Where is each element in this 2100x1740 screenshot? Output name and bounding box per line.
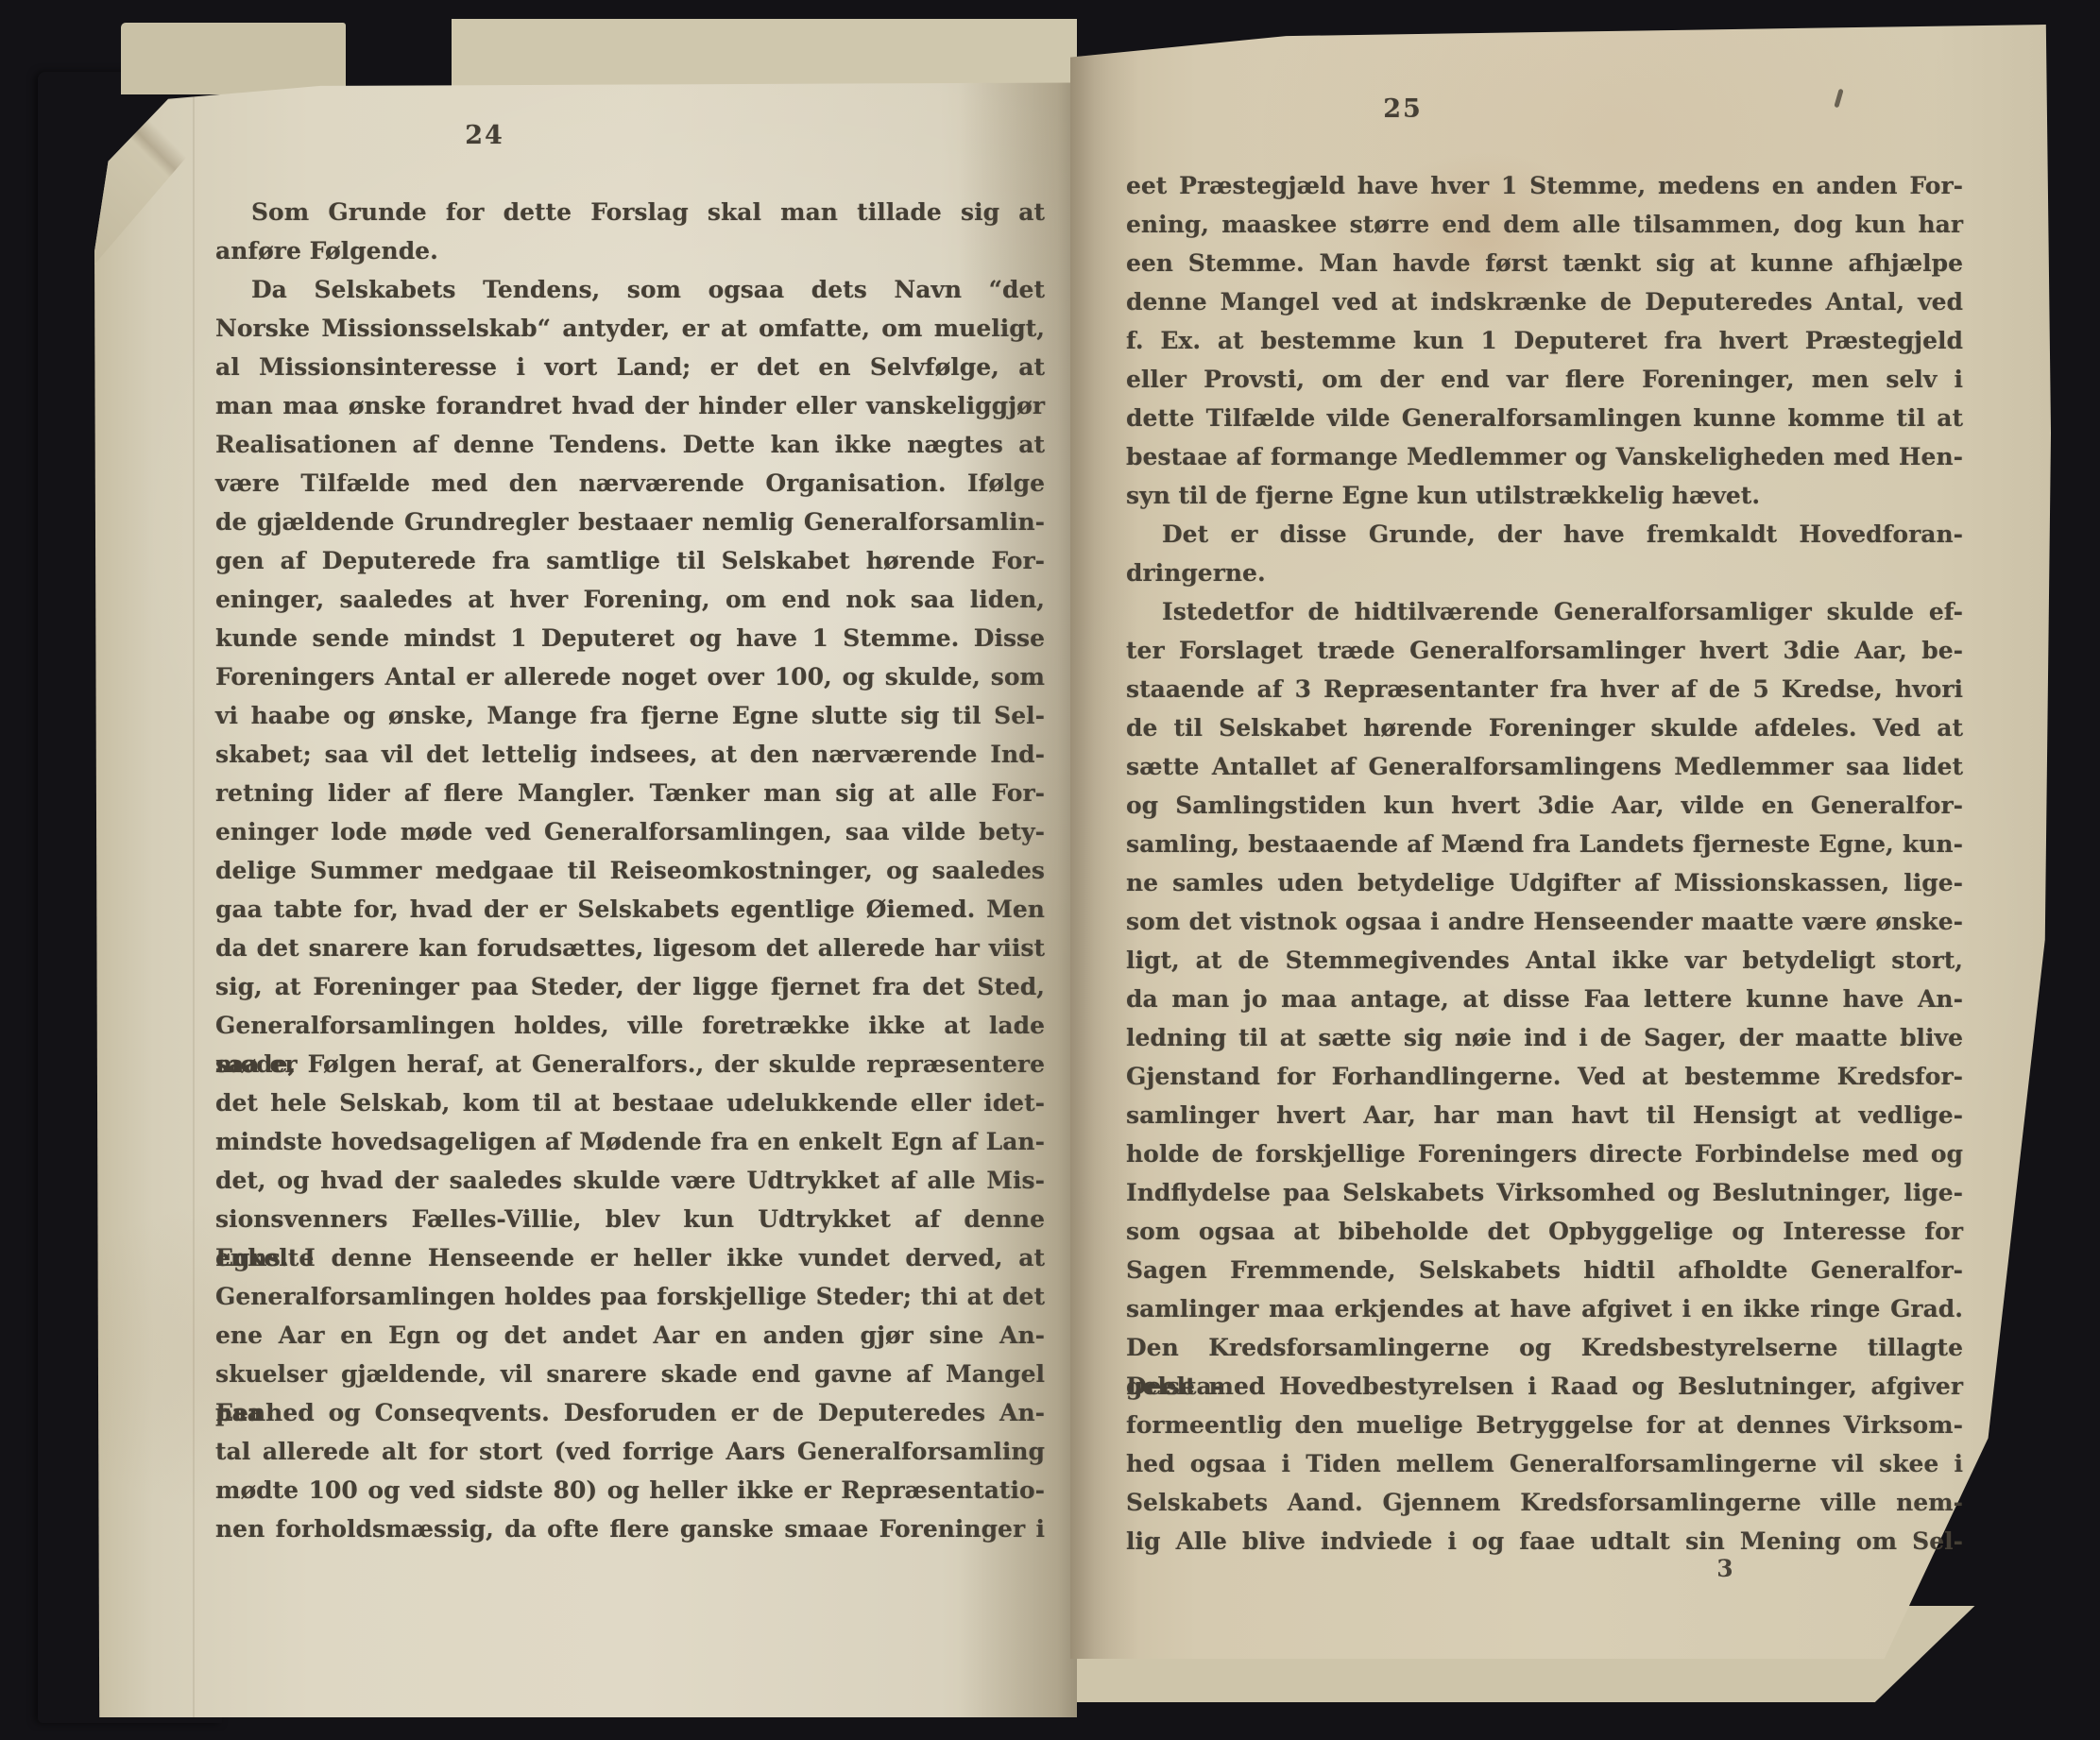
book-photo-scene: 24 25 Som Grunde for dette Forslag skal … (0, 0, 2100, 1740)
text-line: da man jo maa antage, at disse Faa lette… (1126, 980, 1963, 1018)
text-line: Generalforsamlingen holdes paa forskjell… (215, 1277, 1045, 1316)
text-line: tal allerede alt for stort (ved forrige … (215, 1432, 1045, 1471)
text-line: bestaae af formange Medlemmer og Vanskel… (1126, 437, 1963, 476)
page-number-24: 24 (452, 121, 518, 150)
text-line: de til Selskabet hørende Foreninger skul… (1126, 708, 1963, 747)
text-line: og Samlingstiden kun hvert 3die Aar, vil… (1126, 786, 1963, 825)
text-line: ledning til at sætte sig nøie ind i de S… (1126, 1018, 1963, 1057)
text-line: kunde sende mindst 1 Deputeret og have 1… (215, 619, 1045, 657)
upper-leaf-edge (121, 23, 346, 94)
text-line: ligt, at de Stemmegivendes Antal ikke va… (1126, 941, 1963, 980)
text-line: Eenhed og Conseqvents. Desforuden er de … (215, 1393, 1045, 1432)
text-line: Egns. I denne Henseende er heller ikke v… (215, 1238, 1045, 1277)
text-line: Den Kredsforsamlingerne og Kredsbestyrel… (1126, 1328, 1963, 1367)
text-line: mødte 100 og ved sidste 80) og heller ik… (215, 1471, 1045, 1510)
text-line: Selskabets Aand. Gjennem Kredsforsamling… (1126, 1483, 1963, 1522)
text-line: ne samles uden betydelige Udgifter af Mi… (1126, 863, 1963, 902)
text-line: een Stemme. Man havde først tænkt sig at… (1126, 244, 1963, 282)
page-25-text-column: eet Præstegjæld have hver 1 Stemme, mede… (1126, 166, 1963, 1561)
text-line: man maa ønske forandret hvad der hinder … (215, 386, 1045, 425)
text-line: skuelser gjældende, vil snarere skade en… (215, 1355, 1045, 1393)
text-line: sætte Antallet af Generalforsamlingens M… (1126, 747, 1963, 786)
text-line: Da Selskabets Tendens, som ogsaa dets Na… (215, 270, 1045, 309)
text-line: dette Tilfælde vilde Generalforsamlingen… (1126, 399, 1963, 437)
text-line: ening, maaskee større end dem alle tilsa… (1126, 205, 1963, 244)
text-line: Realisationen af denne Tendens. Dette ka… (215, 425, 1045, 464)
text-line: formeentlig den muelige Betryggelse for … (1126, 1406, 1963, 1444)
page-24-text-column: Som Grunde for dette Forslag skal man ti… (215, 193, 1045, 1548)
text-line: holde de forskjellige Foreningers direct… (1126, 1134, 1963, 1173)
text-line: sig, at Foreninger paa Steder, der ligge… (215, 967, 1045, 1006)
text-line: Istedetfor de hidtilværende Generalforsa… (1126, 592, 1963, 631)
text-line: samlinger maa erkjendes at have afgivet … (1126, 1289, 1963, 1328)
text-line: hed ogsaa i Tiden mellem Generalforsamli… (1126, 1444, 1963, 1483)
text-line: f. Ex. at bestemme kun 1 Deputeret fra h… (1126, 321, 1963, 360)
text-line: denne Mangel ved at indskrænke de Depute… (1126, 282, 1963, 321)
text-line: mindste hovedsageligen af Mødende fra en… (215, 1122, 1045, 1161)
signature-mark: 3 (1706, 1555, 1744, 1582)
text-line: ter Forslaget træde Generalforsamlinger … (1126, 631, 1963, 670)
text-line: gaa tabte for, hvad der er Selskabets eg… (215, 890, 1045, 929)
text-line: Foreningers Antal er allerede noget over… (215, 657, 1045, 696)
text-line: eninger lode møde ved Generalforsamlinge… (215, 812, 1045, 851)
text-line: Gjenstand for Forhandlingerne. Ved at be… (1126, 1057, 1963, 1096)
text-line: retning lider af flere Mangler. Tænker m… (215, 774, 1045, 812)
text-line: gen af Deputerede fra samtlige til Selsk… (215, 541, 1045, 580)
text-line: delige Summer medgaae til Reiseomkostnin… (215, 851, 1045, 890)
text-line: de gjældende Grundregler bestaaer nemlig… (215, 503, 1045, 541)
text-line: som ogsaa at bibeholde det Opbyggelige o… (1126, 1212, 1963, 1251)
text-line: gelse med Hovedbestyrelsen i Raad og Bes… (1126, 1367, 1963, 1406)
text-line: lig Alle blive indviede i og faae udtalt… (1126, 1522, 1963, 1561)
text-line: dringerne. (1126, 554, 1963, 592)
text-line: Det er disse Grunde, der have fremkaldt … (1126, 515, 1963, 554)
page-number-25: 25 (1370, 94, 1436, 124)
text-line: syn til de fjerne Egne kun utilstrækkeli… (1126, 476, 1963, 515)
text-line: al Missionsinteresse i vort Land; er det… (215, 348, 1045, 386)
text-line: da det snarere kan forudsættes, ligesom … (215, 929, 1045, 967)
text-line: staaende af 3 Repræsentanter fra hver af… (1126, 670, 1963, 708)
text-line: det hele Selskab, kom til at bestaae ude… (215, 1083, 1045, 1122)
text-line: samlinger hvert Aar, har man havt til He… (1126, 1096, 1963, 1134)
text-line: saa er Følgen heraf, at Generalfors., de… (215, 1045, 1045, 1083)
text-line: ene Aar en Egn og det andet Aar en anden… (215, 1316, 1045, 1355)
text-line: vi haabe og ønske, Mange fra fjerne Egne… (215, 696, 1045, 735)
text-line: eet Præstegjæld have hver 1 Stemme, mede… (1126, 166, 1963, 205)
text-line: Indflydelse paa Selskabets Virksomhed og… (1126, 1173, 1963, 1212)
text-line: anføre Følgende. (215, 231, 1045, 270)
text-line: Sagen Fremmende, Selskabets hidtil afhol… (1126, 1251, 1963, 1289)
text-line: Generalforsamlingen holdes, ville foretr… (215, 1006, 1045, 1045)
text-line: være Tilfælde med den nærværende Organis… (215, 464, 1045, 503)
text-line: Som Grunde for dette Forslag skal man ti… (215, 193, 1045, 231)
text-line: som det vistnok ogsaa i andre Henseender… (1126, 902, 1963, 941)
text-line: eller Provsti, om der end var flere Fore… (1126, 360, 1963, 399)
text-line: skabet; saa vil det lettelig indsees, at… (215, 735, 1045, 774)
text-line: sionsvenners Fælles-Villie, blev kun Udt… (215, 1200, 1045, 1238)
text-line: eninger, saaledes at hver Forening, om e… (215, 580, 1045, 619)
text-line: samling, bestaaende af Mænd fra Landets … (1126, 825, 1963, 863)
text-line: nen forholdsmæssig, da ofte flere ganske… (215, 1510, 1045, 1548)
text-line: Norske Missionsselskab“ antyder, er at o… (215, 309, 1045, 348)
text-line: det, og hvad der saaledes skulde være Ud… (215, 1161, 1045, 1200)
